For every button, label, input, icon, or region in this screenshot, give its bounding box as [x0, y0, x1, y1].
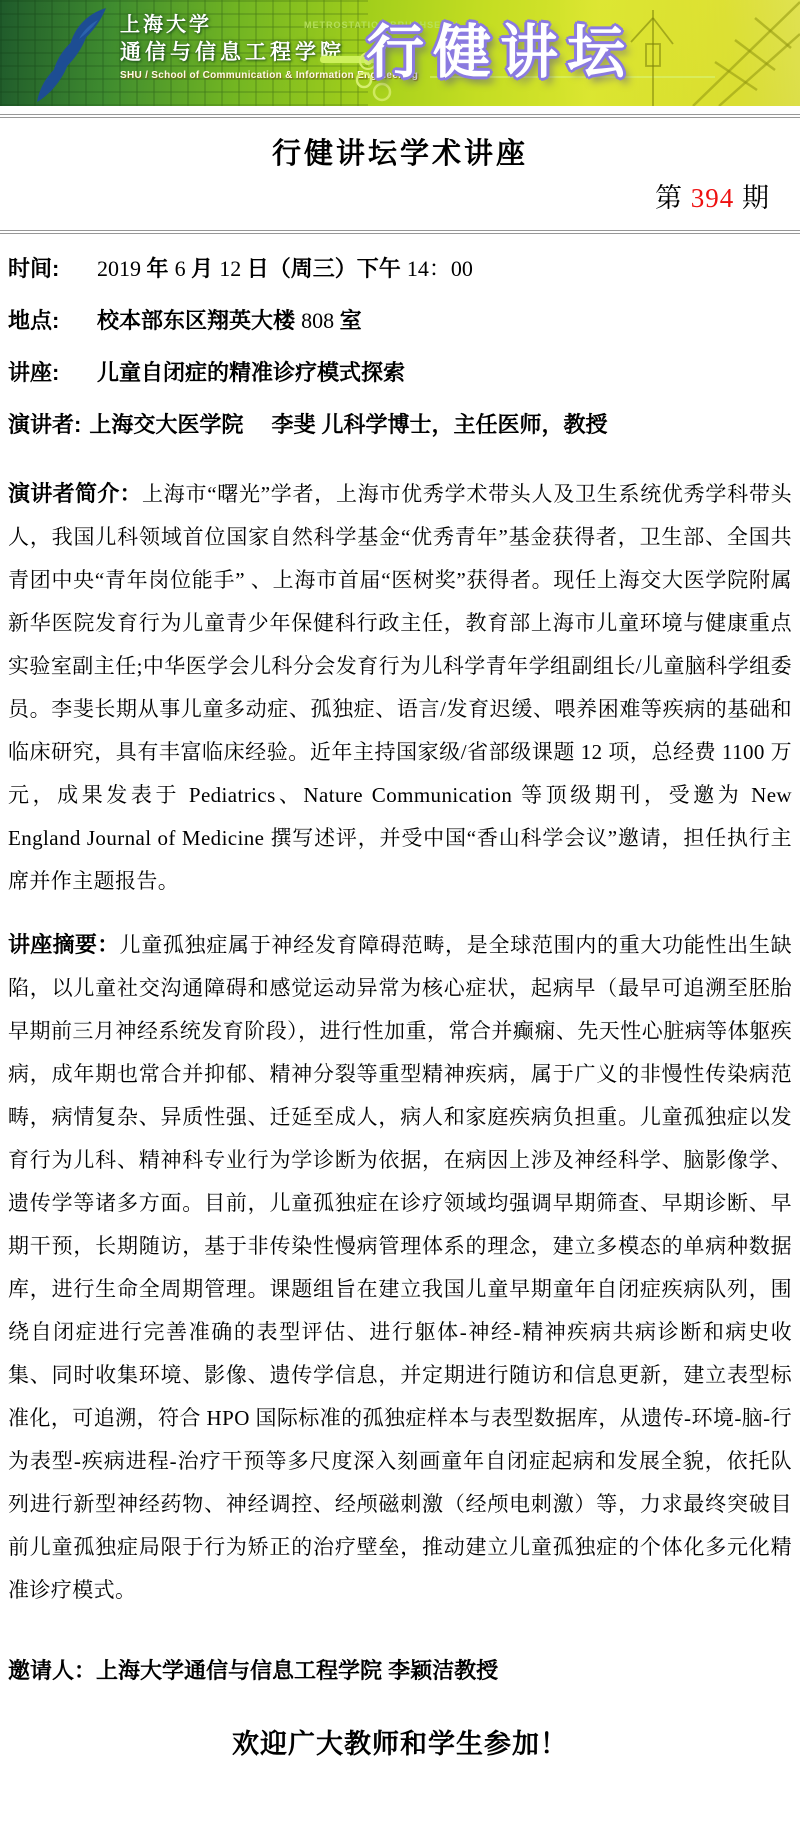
speaker-value: 上海交大医学院 李斐 儿科学博士，主任医师，教授: [89, 410, 792, 440]
time-row: 时间: 2019 年 6 月 12 日（周三）下午 14：00: [8, 254, 792, 284]
place-label: 地点:: [8, 306, 97, 336]
school-logo-icon: [28, 6, 120, 104]
speaker-bio-paragraph: 演讲者简介：上海市“曙光”学者，上海市优秀学术带头人及卫生系统优秀学科带头人，我…: [8, 472, 792, 903]
inviter-row: 邀请人：上海大学通信与信息工程学院 李颖洁教授: [8, 1656, 792, 1686]
lecture-title: 儿童自闭症的精准诊疗模式探索: [97, 358, 792, 388]
lecture-row: 讲座: 儿童自闭症的精准诊疗模式探索: [8, 358, 792, 388]
speaker-row: 演讲者: 上海交大医学院 李斐 儿科学博士，主任医师，教授: [8, 410, 792, 440]
speaker-bio-label: 演讲者简介：: [8, 481, 142, 506]
inviter-label: 邀请人：: [8, 1658, 96, 1683]
page-title: 行健讲坛学术讲座: [0, 134, 800, 174]
time-value: 2019 年 6 月 12 日（周三）下午 14：00: [97, 254, 792, 284]
place-row: 地点: 校本部东区翔英大楼 808 室: [8, 306, 792, 336]
speaker-bio-text: 上海市“曙光”学者，上海市优秀学术带头人及卫生系统优秀学科带头人，我国儿科领域首…: [8, 482, 792, 893]
lecture-label: 讲座:: [8, 358, 97, 388]
lecture-abstract-label: 讲座摘要：: [8, 932, 120, 957]
antenna-tower-graphic: [615, 0, 800, 106]
lecture-abstract-paragraph: 讲座摘要：儿童孤独症属于神经发育障碍范畴，是全球范围内的重大功能性出生缺陷，以儿…: [8, 923, 792, 1612]
lecture-abstract-text: 儿童孤独症属于神经发育障碍范畴，是全球范围内的重大功能性出生缺陷，以儿童社交沟通…: [8, 933, 792, 1602]
banner-image: 上海大学 通信与信息工程学院 SHU / School of Communica…: [0, 0, 800, 106]
announcement-body: 时间: 2019 年 6 月 12 日（周三）下午 14：00 地点: 校本部东…: [0, 254, 800, 1762]
lecture-announcement: 上海大学 通信与信息工程学院 SHU / School of Communica…: [0, 0, 800, 1762]
divider-heading: [0, 230, 800, 234]
welcome-message: 欢迎广大教师和学生参加！: [8, 1726, 792, 1762]
inviter-value: 上海大学通信与信息工程学院 李颖洁教授: [96, 1658, 498, 1683]
issue-number: 第 394 期: [0, 180, 800, 216]
speaker-label: 演讲者:: [8, 410, 81, 440]
place-value: 校本部东区翔英大楼 808 室: [97, 306, 792, 336]
time-label: 时间:: [8, 254, 97, 284]
divider-top: [0, 114, 800, 118]
